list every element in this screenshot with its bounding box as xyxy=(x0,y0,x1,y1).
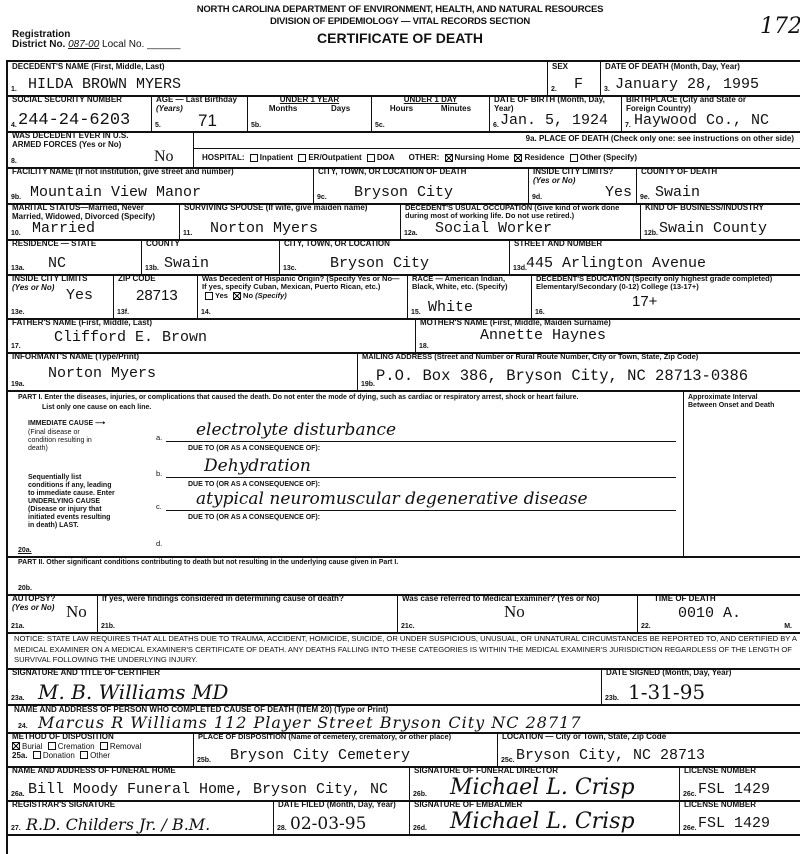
death-city-label: CITY, TOWN, OR LOCATION OF DEATH xyxy=(318,168,524,177)
director-license-field: LICENSE NUMBER 26c. FSL 1429 xyxy=(680,766,800,800)
item-number: 27. xyxy=(11,825,21,832)
cremation-label: Cremation xyxy=(58,742,95,751)
immediate-cause-label: IMMEDIATE CAUSE ⟶ xyxy=(28,420,118,428)
armed-forces-value: No xyxy=(154,149,174,165)
part1-subinstructions: List only one cause on each line. xyxy=(42,404,151,412)
race-field: RACE — American Indian, Black, White, et… xyxy=(408,274,532,318)
doa-label: DOA xyxy=(377,153,394,162)
facility-field: FACILITY NAME (If not institution, give … xyxy=(8,167,314,203)
age-value: 71 xyxy=(198,113,217,129)
disposition-place-field: PLACE OF DISPOSITION (Name of cemetery, … xyxy=(194,732,498,766)
funeral-director-signature: Michael L. Crisp xyxy=(450,775,635,800)
autopsy-findings-label: If yes, were findings considered in dete… xyxy=(102,595,393,604)
item-number: 25b. xyxy=(197,757,211,764)
months-label: Months xyxy=(269,105,297,114)
residence-county-label: COUNTY xyxy=(146,240,275,249)
certifier-signature-field: SIGNATURE AND TITLE OF CERTIFIER 23a. M.… xyxy=(8,668,602,704)
row-autopsy: AUTOPSY? (Yes or No) 21a. No If yes, wer… xyxy=(8,594,800,634)
other-disposition-checkbox[interactable] xyxy=(80,751,88,759)
father-name: Clifford E. Brown xyxy=(54,330,207,346)
cause-line-a: electrolyte disturbance xyxy=(166,424,676,442)
inside-city-value: Yes xyxy=(605,185,632,201)
ssn-value: 244-24-6203 xyxy=(18,113,130,129)
other-disposition-label: Other xyxy=(90,751,110,760)
ssn-label: SOCIAL SECURITY NUMBER xyxy=(12,96,147,105)
decedent-name: HILDA BROWN MYERS xyxy=(28,77,181,93)
certifier-signature: M. B. Williams MD xyxy=(38,680,228,704)
date-signed-field: DATE SIGNED (Month, Day, Year) 23b. 1-31… xyxy=(602,668,800,704)
informant-address: P.O. Box 386, Bryson City, NC 28713-0386 xyxy=(376,368,748,384)
er-outpatient-checkbox[interactable] xyxy=(298,154,306,162)
removal-checkbox[interactable] xyxy=(100,742,108,750)
due-to-label: DUE TO (OR AS A CONSEQUENCE OF): xyxy=(188,514,320,522)
autopsy-field: AUTOPSY? (Yes or No) 21a. No xyxy=(8,594,98,632)
under-1-year-field: UNDER 1 YEAR MonthsDays 5b. xyxy=(248,95,372,131)
item-number: 23a. xyxy=(11,695,25,702)
armed-forces-label: WAS DECEDENT EVER IN U.S. ARMED FORCES (… xyxy=(12,132,132,149)
other-specify-label: Other (Specify) xyxy=(580,153,637,162)
place-of-death-field: 9a. PLACE OF DEATH (Check only one: see … xyxy=(194,131,800,167)
death-county-field: COUNTY OF DEATH 9e. Swain xyxy=(637,167,800,203)
medical-examiner-field: Was case referred to Medical Examiner? (… xyxy=(398,594,638,632)
item-number: 12b. xyxy=(644,230,658,237)
time-of-death-field: TIME OF DEATH 22. 0010 A. M. xyxy=(638,594,800,632)
date-signed-label: DATE SIGNED (Month, Day, Year) xyxy=(606,669,798,678)
funeral-home-label: NAME AND ADDRESS OF FUNERAL HOME xyxy=(12,767,405,776)
date-of-death-label: DATE OF DEATH (Month, Day, Year) xyxy=(605,63,798,72)
item-number: 9e. xyxy=(640,194,650,201)
residence-label: Residence xyxy=(524,153,564,162)
zip-field: ZIP CODE 13f. 28713 xyxy=(114,274,198,318)
sex-value: F xyxy=(574,77,583,93)
residence-inside-city: Yes xyxy=(66,288,93,304)
local-label: Local No. xyxy=(102,39,144,50)
residence-inside-city-field: INSIDE CITY LIMITS (Yes or No) 13e. Yes xyxy=(8,274,114,318)
occupation: Social Worker xyxy=(435,221,552,237)
item-number: 25c. xyxy=(501,757,515,764)
item-number: 17. xyxy=(11,343,21,350)
disposition-place: Bryson City Cemetery xyxy=(230,748,410,764)
item-number: 12a. xyxy=(404,230,418,237)
due-to-label: DUE TO (OR AS A CONSEQUENCE OF): xyxy=(188,481,320,489)
item-number: 1. xyxy=(11,86,17,93)
place-of-death-title: 9a. PLACE OF DEATH (Check only one: see … xyxy=(526,135,794,144)
item-number: 3. xyxy=(604,86,610,93)
birthplace-label: BIRTHPLACE (City and State or Foreign Co… xyxy=(626,96,756,113)
cause-letter: b. xyxy=(156,470,162,478)
item-number: 10. xyxy=(11,230,21,237)
business-field: KIND OF BUSINESS/INDUSTRY 12b. Swain Cou… xyxy=(641,203,800,239)
item-number: 2. xyxy=(551,86,557,93)
informant-address-label: MAILING ADDRESS (Street and Number or Ru… xyxy=(362,353,798,361)
father-name-field: FATHER'S NAME (First, Middle, Last) 17. … xyxy=(8,318,416,352)
item-number: 19b. xyxy=(361,381,375,388)
residence-city-field: CITY, TOWN, OR LOCATION 13c. Bryson City xyxy=(280,239,510,274)
item-number: 20b. xyxy=(18,585,32,592)
decedent-name-field: DECEDENT'S NAME (First, Middle, Last) 1.… xyxy=(8,62,548,95)
item-number: 14. xyxy=(201,309,211,316)
row-demographics: INSIDE CITY LIMITS (Yes or No) 13e. Yes … xyxy=(8,274,800,320)
education: 17+ xyxy=(632,294,657,310)
zip-code: 28713 xyxy=(136,288,178,304)
cause-line-c: atypical neuromuscular degenerative dise… xyxy=(166,493,676,511)
part2-label: PART II. Other significant conditions co… xyxy=(18,559,398,567)
immediate-cause-title: IMMEDIATE CAUSE xyxy=(28,420,93,427)
item-number: 15. xyxy=(411,309,421,316)
mother-name-field: MOTHER'S NAME (First, Middle, Maiden Sur… xyxy=(416,318,800,352)
embalmer-license-field: LICENSE NUMBER 26e. FSL 1429 xyxy=(680,800,800,834)
district-number: 087-00 xyxy=(68,39,99,50)
row-funeral-home: NAME AND ADDRESS OF FUNERAL HOME 26a. Bi… xyxy=(8,766,800,802)
agency-line-1: NORTH CAROLINA DEPARTMENT OF ENVIRONMENT… xyxy=(0,4,800,15)
minutes-label: Minutes xyxy=(441,105,471,114)
item-number: 6. xyxy=(493,122,499,129)
row-registrar: REGISTRAR'S SIGNATURE 27. R.D. Childers … xyxy=(8,800,800,836)
marital-status: Married xyxy=(32,221,95,237)
item-number: 13f. xyxy=(117,309,129,316)
hours-label: Hours xyxy=(390,105,413,114)
certificate-form: DECEDENT'S NAME (First, Middle, Last) 1.… xyxy=(6,60,800,854)
disposition-method-label: METHOD OF DISPOSITION xyxy=(12,733,189,742)
removal-label: Removal xyxy=(110,742,142,751)
autopsy-value: No xyxy=(66,604,87,620)
item-number: 28. xyxy=(277,825,287,832)
time-of-death: 0010 A. xyxy=(678,606,741,622)
part2-section: PART II. Other significant conditions co… xyxy=(8,556,800,596)
inpatient-checkbox[interactable] xyxy=(250,154,258,162)
sequential-conditions-label: Sequentially list conditions if any, lea… xyxy=(28,474,118,530)
autopsy-findings-field: If yes, were findings considered in dete… xyxy=(98,594,398,632)
item-number: 5c. xyxy=(375,122,385,129)
armed-forces-field: WAS DECEDENT EVER IN U.S. ARMED FORCES (… xyxy=(8,131,194,167)
disposition-location-label: LOCATION — City or Town, State, Zip Code xyxy=(502,733,798,742)
facility-label: FACILITY NAME (If not institution, give … xyxy=(12,168,309,177)
item-number: 13d. xyxy=(513,265,527,272)
marital-status-field: MARITAL STATUS—Married, Never Married, W… xyxy=(8,203,180,239)
row-armed-forces: WAS DECEDENT EVER IN U.S. ARMED FORCES (… xyxy=(8,131,800,169)
er-outpatient-label: ER/Outpatient xyxy=(308,153,361,162)
death-county-label: COUNTY OF DEATH xyxy=(641,168,798,177)
item-number: 9b. xyxy=(11,194,21,201)
item-number: 26d. xyxy=(413,825,427,832)
immediate-cause-sublabel: (Final disease or condition resulting in… xyxy=(28,429,98,453)
registrar-signature-field: REGISTRAR'S SIGNATURE 27. R.D. Childers … xyxy=(8,800,274,834)
death-county: Swain xyxy=(655,185,700,201)
days-label: Days xyxy=(331,105,350,114)
row-disposition: METHOD OF DISPOSITION Burial Cremation R… xyxy=(8,732,800,768)
other-specify-checkbox[interactable] xyxy=(570,154,578,162)
hispanic-specify-label: (Specify) xyxy=(255,291,287,300)
marital-status-label: MARITAL STATUS—Married, Never Married, W… xyxy=(12,204,175,221)
date-of-death: January 28, 1995 xyxy=(615,77,759,93)
time-of-death-label: TIME OF DEATH xyxy=(654,595,798,604)
certificate-header: NORTH CAROLINA DEPARTMENT OF ENVIRONMENT… xyxy=(0,0,800,52)
hispanic-yes-checkbox[interactable] xyxy=(205,292,213,300)
cause-letter: c. xyxy=(156,503,162,511)
cause-line-b: Dehydration xyxy=(166,460,676,478)
residence-street-label: STREET AND NUMBER xyxy=(514,240,798,249)
nursing-home-checkbox[interactable] xyxy=(445,154,453,162)
residence-inside-sublabel: (Yes or No) xyxy=(12,284,109,293)
sex-field: SEX 2. F xyxy=(548,62,601,95)
donation-label: Donation xyxy=(43,751,75,760)
item-number: 18. xyxy=(419,343,429,350)
residence-state: NC xyxy=(48,256,66,272)
residence-county: Swain xyxy=(164,256,209,272)
informant-name-label: INFORMANT'S NAME (Type/Print) xyxy=(12,353,353,362)
item-number: 20a. xyxy=(18,547,32,554)
disposition-place-label: PLACE OF DISPOSITION (Name of cemetery, … xyxy=(198,733,478,741)
race-label: RACE — American Indian, Black, White, et… xyxy=(412,275,527,291)
item-number: 5. xyxy=(155,122,161,129)
funeral-director-signature-field: SIGNATURE OF FUNERAL DIRECTOR 26b. Micha… xyxy=(410,766,680,800)
surviving-spouse: Norton Myers xyxy=(210,221,318,237)
local-number: ______ xyxy=(147,39,180,50)
page-number: 172 xyxy=(760,14,800,39)
cause-letter: a. xyxy=(156,434,162,442)
residence-checkbox[interactable] xyxy=(514,154,522,162)
doa-checkbox[interactable] xyxy=(367,154,375,162)
item-number: 13a. xyxy=(11,265,25,272)
mother-name: Annette Haynes xyxy=(480,328,606,344)
informant-name-field: INFORMANT'S NAME (Type/Print) 19a. Norto… xyxy=(8,352,358,390)
hispanic-label: Was Decedent of Hispanic Origin? (Specif… xyxy=(202,275,403,291)
residence-city: Bryson City xyxy=(330,256,429,272)
residence-county-field: COUNTY 13b. Swain xyxy=(142,239,280,274)
row-certifier: SIGNATURE AND TITLE OF CERTIFIER 23a. M.… xyxy=(8,668,800,706)
embalmer-signature: Michael L. Crisp xyxy=(450,809,635,834)
legal-notice: NOTICE: STATE LAW REQUIRES THAT ALL DEAT… xyxy=(14,634,800,667)
item-number: 5b. xyxy=(251,122,261,129)
registrar-signature-label: REGISTRAR'S SIGNATURE xyxy=(12,801,269,810)
hispanic-origin-field: Was Decedent of Hispanic Origin? (Specif… xyxy=(198,274,408,318)
nursing-home-label: Nursing Home xyxy=(455,153,510,162)
surviving-spouse-label: SURVIVING SPOUSE (If wife, give maiden n… xyxy=(184,204,396,213)
burial-checkbox[interactable] xyxy=(12,742,20,750)
father-name-label: FATHER'S NAME (First, Middle, Last) xyxy=(12,319,411,328)
item-number: 9d. xyxy=(532,194,542,201)
row-parents: FATHER'S NAME (First, Middle, Last) 17. … xyxy=(8,318,800,354)
residence-state-label: RESIDENCE — STATE xyxy=(12,240,137,249)
embalmer-signature-field: SIGNATURE OF EMBALMER 26d. Michael L. Cr… xyxy=(410,800,680,834)
item-number: 26a. xyxy=(11,791,25,798)
item-number: 25a. xyxy=(12,751,28,760)
part1-instructions: PART I. Enter the diseases, injuries, or… xyxy=(18,394,668,402)
date-filed-field: DATE FILED (Month, Day, Year) 28. 02-03-… xyxy=(274,800,410,834)
due-to-label: DUE TO (OR AS A CONSEQUENCE OF): xyxy=(188,445,320,453)
date-filed: 02-03-95 xyxy=(290,814,366,834)
medical-examiner-value: No xyxy=(504,604,525,620)
business-label: KIND OF BUSINESS/INDUSTRY xyxy=(645,204,798,213)
row-residence: RESIDENCE — STATE 13a. NC COUNTY 13b. Sw… xyxy=(8,239,800,276)
place-of-death-options: HOSPITAL: Inpatient ER/Outpatient DOA OT… xyxy=(202,153,637,162)
item-number: 19a. xyxy=(11,381,25,388)
date-of-death-field: DATE OF DEATH (Month, Day, Year) 3. Janu… xyxy=(601,62,800,95)
date-of-birth-label: DATE OF BIRTH (Month, Day, Year) xyxy=(494,96,617,113)
death-city-field: CITY, TOWN, OR LOCATION OF DEATH 9c. Bry… xyxy=(314,167,529,203)
item-number: 11. xyxy=(183,230,192,237)
registration-block: Registration District No. 087-00 Local N… xyxy=(12,30,180,50)
under-1-day-field: UNDER 1 DAY HoursMinutes 5c. xyxy=(372,95,490,131)
row-completer: NAME AND ADDRESS OF PERSON WHO COMPLETED… xyxy=(8,704,800,734)
item-number: 13e. xyxy=(11,309,25,316)
residence-state-field: RESIDENCE — STATE 13a. NC xyxy=(8,239,142,274)
birthplace-field: BIRTHPLACE (City and State or Foreign Co… xyxy=(622,95,800,131)
item-number: 26c. xyxy=(683,791,697,798)
time-suffix: M. xyxy=(784,623,792,630)
immediate-cause-text: electrolyte disturbance xyxy=(196,420,396,440)
item-number: 21c. xyxy=(401,623,415,630)
row-marital: MARITAL STATUS—Married, Never Married, W… xyxy=(8,203,800,241)
mother-name-label: MOTHER'S NAME (First, Middle, Maiden Sur… xyxy=(420,319,798,328)
item-number: 8. xyxy=(11,158,17,165)
facility-name: Mountain View Manor xyxy=(30,185,201,201)
registrar-signature: R.D. Childers Jr. / B.M. xyxy=(26,815,210,834)
business: Swain County xyxy=(659,221,767,237)
date-filed-label: DATE FILED (Month, Day, Year) xyxy=(278,801,405,810)
age-field: AGE — Last Birthday (Years) 5. 71 xyxy=(152,95,248,131)
row-informant: INFORMANT'S NAME (Type/Print) 19a. Norto… xyxy=(8,352,800,392)
date-of-birth: Jan. 5, 1924 xyxy=(500,113,608,129)
surviving-spouse-field: SURVIVING SPOUSE (If wife, give maiden n… xyxy=(180,203,401,239)
item-number: 13b. xyxy=(145,265,159,272)
row-ssn: SOCIAL SECURITY NUMBER 4. 244-24-6203 AG… xyxy=(8,95,800,133)
death-inside-city-field: INSIDE CITY LIMITS? (Yes or No) 9d. Yes xyxy=(529,167,637,203)
cause-letter: d. xyxy=(156,540,162,548)
residence-city-label: CITY, TOWN, OR LOCATION xyxy=(284,240,505,249)
education-label: DECEDENT'S EDUCATION (Specify only highe… xyxy=(536,275,798,291)
agency-line-2: DIVISION OF EPIDEMIOLOGY — VITAL RECORDS… xyxy=(0,16,800,27)
hispanic-no-checkbox[interactable] xyxy=(233,292,241,300)
zip-label: ZIP CODE xyxy=(118,275,193,284)
date-signed: 1-31-95 xyxy=(628,680,705,704)
notice-section: NOTICE: STATE LAW REQUIRES THAT ALL DEAT… xyxy=(8,632,800,670)
residence-street: 445 Arlington Avenue xyxy=(526,256,706,272)
birthplace: Haywood Co., NC xyxy=(634,113,769,129)
hispanic-no-label: No xyxy=(243,291,253,300)
disposition-method-field: METHOD OF DISPOSITION Burial Cremation R… xyxy=(8,732,194,766)
item-number: 26e. xyxy=(683,825,697,832)
burial-label: Burial xyxy=(22,742,42,751)
decedent-name-label: DECEDENT'S NAME (First, Middle, Last) xyxy=(12,63,543,72)
item-number: 24. xyxy=(18,723,28,730)
item-number: 13c. xyxy=(283,265,297,272)
informant-name: Norton Myers xyxy=(48,366,156,382)
completer-name-address: Marcus R Williams 112 Player Street Brys… xyxy=(38,713,582,732)
item-number: 4. xyxy=(11,122,17,129)
funeral-home-field: NAME AND ADDRESS OF FUNERAL HOME 26a. Bi… xyxy=(8,766,410,800)
donation-checkbox[interactable] xyxy=(33,751,41,759)
residence-street-field: STREET AND NUMBER 13d. 445 Arlington Ave… xyxy=(510,239,800,274)
cause-of-death-section: PART I. Enter the diseases, injuries, or… xyxy=(8,390,800,558)
disposition-location: Bryson City, NC 28713 xyxy=(516,748,705,764)
certifier-signature-label: SIGNATURE AND TITLE OF CERTIFIER xyxy=(12,669,597,678)
row-name: DECEDENT'S NAME (First, Middle, Last) 1.… xyxy=(8,62,800,97)
item-number: 9c. xyxy=(317,194,327,201)
underlying-cause-text: atypical neuromuscular degenerative dise… xyxy=(196,489,588,509)
death-city: Bryson City xyxy=(354,185,453,201)
item-number: 7. xyxy=(625,122,631,129)
item-number: 16. xyxy=(535,309,545,316)
other-label: OTHER: xyxy=(409,153,440,162)
inpatient-label: Inpatient xyxy=(260,153,293,162)
embalmer-license: FSL 1429 xyxy=(698,816,770,832)
item-number: 23b. xyxy=(605,695,619,702)
occupation-field: DECEDENT'S USUAL OCCUPATION (Give kind o… xyxy=(401,203,641,239)
race: White xyxy=(428,300,473,316)
sex-label: SEX xyxy=(552,63,596,72)
district-label: District No. xyxy=(12,39,65,50)
ssn-field: SOCIAL SECURITY NUMBER 4. 244-24-6203 xyxy=(8,95,152,131)
hospital-label: HOSPITAL: xyxy=(202,153,245,162)
cause-b-text: Dehydration xyxy=(204,456,311,476)
cremation-checkbox[interactable] xyxy=(48,742,56,750)
director-license-label: LICENSE NUMBER xyxy=(684,767,798,776)
item-number: 26b. xyxy=(413,791,427,798)
director-license: FSL 1429 xyxy=(698,782,770,798)
item-number: 21a. xyxy=(11,623,25,630)
embalmer-license-label: LICENSE NUMBER xyxy=(684,801,798,810)
row-facility: FACILITY NAME (If not institution, give … xyxy=(8,167,800,205)
date-of-birth-field: DATE OF BIRTH (Month, Day, Year) 6. Jan.… xyxy=(490,95,622,131)
occupation-label: DECEDENT'S USUAL OCCUPATION (Give kind o… xyxy=(405,204,636,220)
disposition-location-field: LOCATION — City or Town, State, Zip Code… xyxy=(498,732,800,766)
interval-label: Approximate Interval Between Onset and D… xyxy=(688,394,778,410)
item-number: 22. xyxy=(641,623,651,630)
informant-address-field: MAILING ADDRESS (Street and Number or Ru… xyxy=(358,352,800,390)
item-number: 21b. xyxy=(101,623,115,630)
funeral-home: Bill Moody Funeral Home, Bryson City, NC xyxy=(28,782,388,798)
education-field: DECEDENT'S EDUCATION (Specify only highe… xyxy=(532,274,800,318)
hispanic-yes-label: Yes xyxy=(215,291,228,300)
